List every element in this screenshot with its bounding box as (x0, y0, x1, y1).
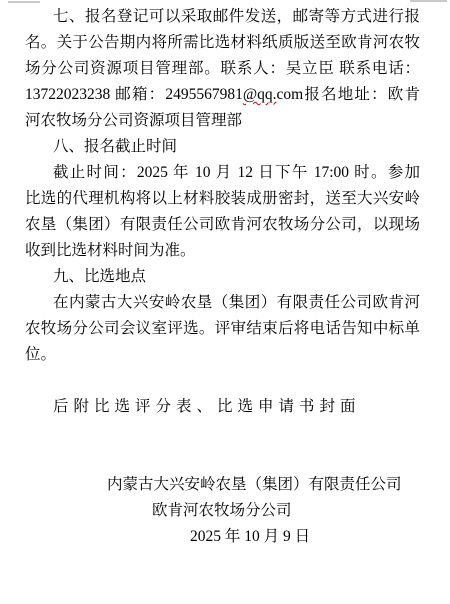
blank-line (25, 368, 420, 394)
contact-phone-email-text: 13722023238 邮箱：2495567981 (25, 86, 243, 103)
para-location-line-1: 在内蒙古大兴安岭农垦（集团）有限责任公司欧肯河 (25, 290, 420, 316)
para-deadline-line-4: 收到比选材料时间为准。 (25, 238, 420, 264)
para-location-line-2: 农牧场分公司会议室评选。评审结束后将电话告知中标单 (25, 316, 420, 342)
registration-address-text: com报名地址：欧肯 (277, 86, 420, 103)
para-deadline-line-2: 比选的代理机构将以上材料胶装成册密封，送至大兴安岭 (25, 186, 420, 212)
para-registration-line-5: 河农牧场分公司资源项目管理部 (25, 108, 420, 134)
para-registration-line-3: 场分公司资源项目管理部。联系人：吴立臣 联系电话： (25, 56, 420, 82)
blank-line (25, 420, 420, 446)
spellcheck-flagged-text: @qq. (243, 86, 277, 103)
attachment-note: 后附比选评分表、比选申请书封面 (25, 394, 420, 420)
blank-line (25, 446, 420, 472)
para-registration-line-4: 13722023238 邮箱：2495567981@qq.com报名地址：欧肯 (25, 82, 420, 108)
signature-company-line: 内蒙古大兴安岭农垦（集团）有限责任公司 (25, 472, 420, 498)
heading-location: 九、比选地点 (25, 264, 420, 290)
signature-date-line: 2025 年 10 月 9 日 (25, 524, 420, 550)
para-registration-line-2: 名。关于公告期内将所需比选材料纸质版送至欧肯河农牧 (25, 30, 420, 56)
para-deadline-line-3: 农垦（集团）有限责任公司欧肯河农牧场分公司，以现场 (25, 212, 420, 238)
signature-branch-line: 欧肯河农牧场分公司 (25, 498, 420, 524)
heading-deadline: 八、报名截止时间 (25, 134, 420, 160)
para-registration-line-1: 七、报名登记可以采取邮件发送，邮寄等方式进行报 (25, 4, 420, 30)
para-deadline-line-1: 截止时间：2025 年 10 月 12 日下午 17:00 时。参加 (25, 160, 420, 186)
para-location-line-3: 位。 (25, 342, 420, 368)
document-page: 七、报名登记可以采取邮件发送，邮寄等方式进行报 名。关于公告期内将所需比选材料纸… (0, 0, 450, 550)
